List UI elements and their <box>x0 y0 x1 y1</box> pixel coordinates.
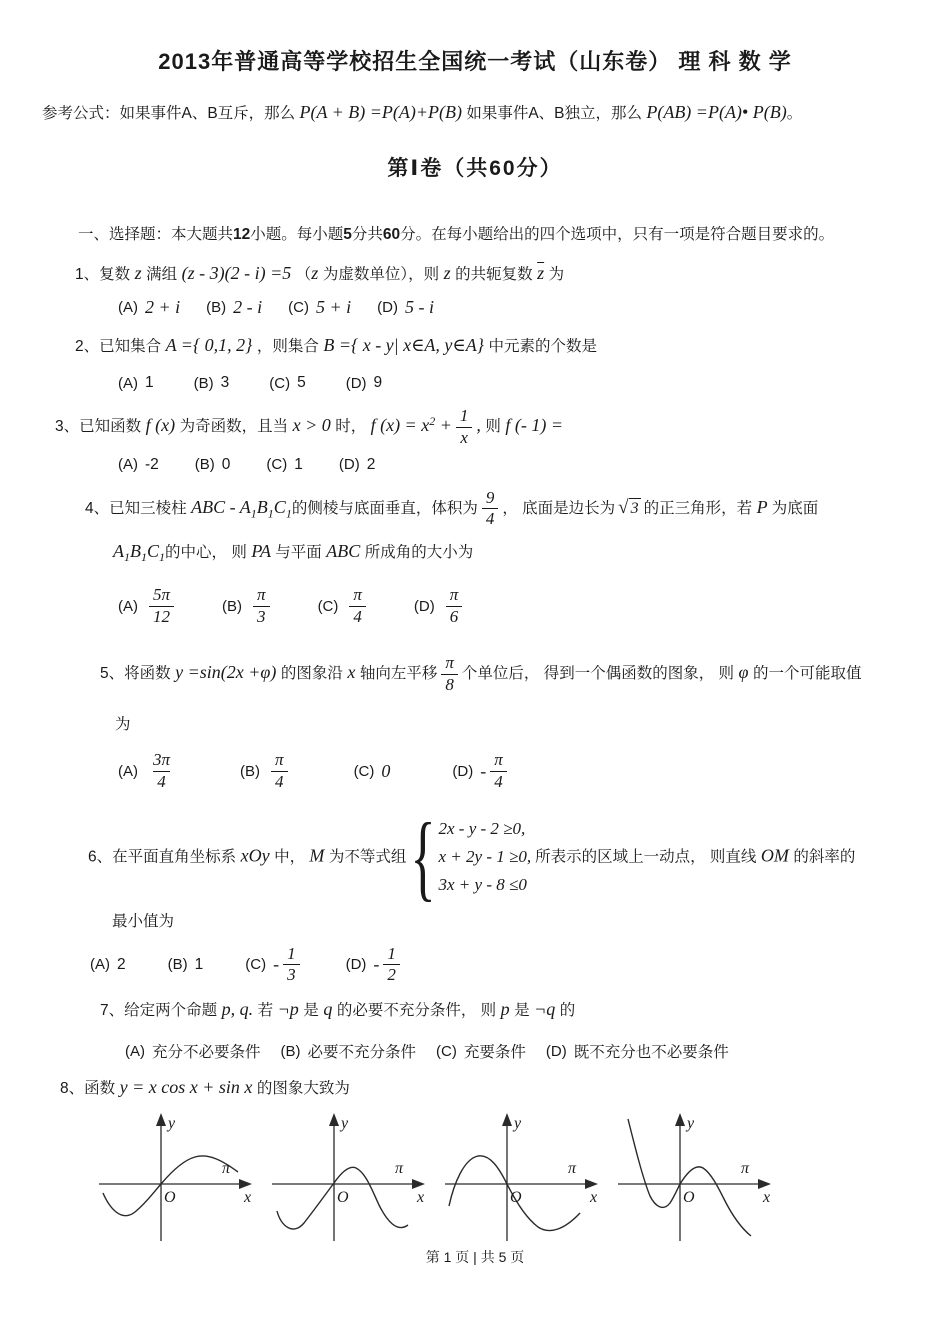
option-label: (D) <box>377 299 398 316</box>
option: (B)2 - i <box>206 297 262 318</box>
cn-text: 分。在每小题给出的四个选项中，只有一项是符合题目要求的。 <box>400 226 834 243</box>
math-text: 5 + i <box>316 297 351 318</box>
exam-page: 2013年普通高等学校招生全国统一考试（山东卷） 理 科 数 学 参考公式：如果… <box>0 0 950 1267</box>
origin-label: O <box>510 1189 522 1206</box>
math-text: M <box>309 845 329 865</box>
cn-text: 为底面 <box>772 500 819 517</box>
option-label: (C) <box>436 1043 457 1060</box>
math-text: 2 - i <box>233 297 262 318</box>
x-axis-arrow-icon <box>239 1179 252 1189</box>
option: (B)1 <box>168 956 204 974</box>
cn-text: -2 <box>145 456 159 474</box>
options-row: (A)2(B)1(C)- 13(D)- 12 <box>90 944 950 986</box>
system-line: 2x - y - 2 ≥0, <box>439 819 532 839</box>
cn-text: 5 <box>297 374 306 392</box>
y-axis-arrow-icon <box>675 1113 685 1126</box>
fraction-denominator: 3 <box>283 964 300 985</box>
option-label: (A) <box>118 763 138 780</box>
section-title: 第Ⅰ卷（共60分） <box>0 154 950 184</box>
cn-text: 中元素的个数是 <box>488 338 597 355</box>
cn-text: 则 <box>485 418 501 435</box>
math-text: ABC <box>322 541 365 561</box>
option: (D)- π4 <box>452 750 510 792</box>
option: (A)3π4 <box>118 750 178 792</box>
cn-text: 的必要不充分条件， 则 <box>337 1002 496 1019</box>
option: (B)π3 <box>222 585 274 627</box>
fraction-numerator: π <box>490 750 507 770</box>
option: (A)5π12 <box>118 585 178 627</box>
cn-text: 3 <box>221 374 230 392</box>
math-text: + <box>435 415 452 435</box>
radicand: 3 <box>629 498 641 520</box>
question-body-2: 为 <box>115 711 950 738</box>
fraction: π4 <box>271 750 288 792</box>
x-axis-arrow-icon <box>412 1179 425 1189</box>
option-label: (D) <box>346 375 367 392</box>
pi-label: π <box>395 1160 404 1177</box>
cn-text: 的共轭复数 <box>455 266 533 283</box>
math-text: ¬q <box>530 999 560 1019</box>
question-body: 2、已知集合 A ={ 0,1, 2} ，则集合 B ={ x - y| x∈A… <box>75 330 950 361</box>
cn-text: 2、已知集合 <box>75 338 161 355</box>
fraction-numerator: π <box>446 585 463 605</box>
origin-label: O <box>683 1189 695 1206</box>
pi-label: π <box>741 1160 750 1177</box>
question-4: 4、已知三棱柱 ABC - A1B1C1的侧棱与底面垂直，体积为94， 底面是边… <box>0 488 950 627</box>
cn-text: 的斜率的 <box>793 848 855 865</box>
option-label: (C) <box>354 763 375 780</box>
fraction-numerator: 5π <box>149 585 174 605</box>
cn-text: 7、给定两个命题 <box>100 1002 217 1019</box>
cn-text: 为 <box>549 266 565 283</box>
cn-text: 的中心， 则 <box>165 544 247 561</box>
math-text: x > 0 <box>288 415 335 435</box>
math-text: 5 - i <box>405 297 434 318</box>
math-text: y = x cos x + sin x <box>115 1077 257 1097</box>
fraction: 3π4 <box>149 750 174 792</box>
fraction: 94 <box>482 488 499 530</box>
fraction-numerator: π <box>271 750 288 770</box>
question-8: 8、函数 y = x cos x + sin x 的图象大致为 <box>0 1072 950 1103</box>
fraction-denominator: 8 <box>441 674 458 695</box>
cn-text: 的侧棱与底面垂直，体积为 <box>292 500 478 517</box>
cn-text: 小题。每小题 <box>250 226 343 243</box>
pi-label: π <box>568 1160 577 1177</box>
math-text: f (- 1) = <box>501 415 563 435</box>
y-axis-label: y <box>685 1115 695 1132</box>
cn-text: 个单位后， 得到一个偶函数的图象， 则 <box>462 665 734 682</box>
x-axis-label: x <box>762 1189 770 1206</box>
cn-text: 的一个可能取值 <box>753 665 862 682</box>
x-axis-arrow-icon <box>585 1179 598 1189</box>
cn-text: 。 <box>787 105 803 122</box>
question-body-2: 最小值为 <box>112 908 950 935</box>
question-body: 4、已知三棱柱 ABC - A1B1C1的侧棱与底面垂直，体积为94， 底面是边… <box>85 488 950 530</box>
math-text: P(A + B) =P(A)+P(B) <box>299 102 462 122</box>
y-axis-label: y <box>166 1115 176 1132</box>
cn-text: 如果事件A、B独立，那么 <box>462 105 646 122</box>
question-1: 1、复数 z 满组 (z - 3)(2 - i) =5 （z 为虚数单位），则 … <box>0 258 950 318</box>
math-text: x <box>343 662 360 682</box>
question-3: 3、已知函数 f (x) 为奇函数，且当 x > 0 时， f (x) = x2… <box>0 406 950 474</box>
cn-text: 时， <box>335 418 370 435</box>
bold-text: 5 <box>343 226 352 243</box>
inequality-system: {2x - y - 2 ≥0,x + 2y - 1 ≥0,3x + y - 8 … <box>410 814 531 900</box>
questions: 1、复数 z 满组 (z - 3)(2 - i) =5 （z 为虚数单位），则 … <box>0 258 950 1103</box>
option: (B)π4 <box>240 750 292 792</box>
option-label: (D) <box>452 763 473 780</box>
math-text: z <box>130 263 146 283</box>
question-body: 8、函数 y = x cos x + sin x 的图象大致为 <box>60 1072 950 1103</box>
cn-text: 参考公式：如果事件A、B互斥，那么 <box>42 105 299 122</box>
option: (A)1 <box>118 374 154 392</box>
question-6: 6、在平面直角坐标系 xOy 中， M 为不等式组{2x - y - 2 ≥0,… <box>0 814 950 986</box>
y-axis-arrow-icon <box>502 1113 512 1126</box>
math-text: 0 <box>381 761 390 782</box>
fraction: π6 <box>446 585 463 627</box>
math-text: A ={ 0,1, 2} <box>161 335 257 355</box>
option: (C)0 <box>354 761 391 782</box>
pi-label: π <box>222 1160 231 1177</box>
cn-text: 充要条件 <box>464 1040 526 1062</box>
math-text: - <box>273 954 279 975</box>
x-axis-label: x <box>589 1189 597 1206</box>
cn-text: 1 <box>145 374 154 392</box>
math-text: (z - 3)(2 - i) =5 <box>177 263 296 283</box>
cn-text: 的 <box>560 1002 576 1019</box>
cn-text: 的图象沿 <box>281 665 343 682</box>
instructions: 一、选择题：本大题共12小题。每小题5分共60分。在每小题给出的四个选项中，只有… <box>78 224 950 246</box>
x-axis-label: x <box>416 1189 424 1206</box>
y-axis-label: y <box>339 1115 349 1132</box>
cn-text: 4、已知三棱柱 <box>85 500 187 517</box>
cn-text: 满组 <box>146 266 177 283</box>
cn-text: 0 <box>222 456 231 474</box>
cn-text: 6、在平面直角坐标系 <box>88 848 236 865</box>
cn-text: 一、选择题：本大题共 <box>78 226 233 243</box>
option: (D)9 <box>346 374 382 392</box>
option-label: (B) <box>194 375 214 392</box>
option-label: (A) <box>118 299 138 316</box>
option-label: (B) <box>240 763 260 780</box>
option-label: (B) <box>281 1043 301 1060</box>
options-row: (A)3π4(B)π4(C)0(D)- π4 <box>118 750 950 792</box>
cn-text: 5、将函数 <box>100 665 171 682</box>
math-text: xOy <box>236 845 274 865</box>
cn-text: ， 底面是边长为 <box>502 500 615 517</box>
cn-text: 1 <box>294 456 303 474</box>
option: (B)3 <box>194 374 230 392</box>
question-body: 1、复数 z 满组 (z - 3)(2 - i) =5 （z 为虚数单位），则 … <box>75 258 950 289</box>
graph-b: yxπO <box>268 1109 428 1247</box>
options-row: (A)1(B)3(C)5(D)9 <box>118 374 950 392</box>
curve <box>628 1119 751 1236</box>
math-text: B <box>130 541 141 561</box>
fraction-denominator: 4 <box>271 771 288 792</box>
math-text: y =sin(2x +φ) <box>171 662 281 682</box>
fraction-numerator: 9 <box>482 488 499 508</box>
question-5: 5、将函数 y =sin(2x +φ) 的图象沿 x 轴向左平移π8个单位后， … <box>0 653 950 792</box>
options-row: (A)-2(B)0(C)1(D)2 <box>118 456 950 474</box>
math-text: z <box>311 263 323 283</box>
cn-text: 中， <box>274 848 309 865</box>
option-label: (C) <box>269 375 290 392</box>
math-text: ABC - A <box>187 497 251 517</box>
option-label: (A) <box>90 956 110 973</box>
fraction: 12 <box>383 944 400 986</box>
fraction-denominator: 4 <box>482 508 499 529</box>
cn-text: 所成角的大小为 <box>365 544 474 561</box>
fraction-numerator: 1 <box>283 944 300 964</box>
option-label: (C) <box>288 299 309 316</box>
fraction-numerator: 1 <box>456 406 473 426</box>
graphs-row: yxπOyxπOyxπOyxπO <box>95 1109 950 1247</box>
option: (C)充要条件 <box>436 1040 526 1062</box>
question-body-2: A1B1C1的中心， 则 PA 与平面 ABC 所成角的大小为 <box>113 536 950 568</box>
question-body: 7、给定两个命题 p, q. 若 ¬p 是 q 的必要不充分条件， 则 p 是 … <box>100 994 950 1025</box>
math-text: P(AB) =P(A)• P(B) <box>646 102 786 122</box>
question-2: 2、已知集合 A ={ 0,1, 2} ，则集合 B ={ x - y| x∈A… <box>0 330 950 393</box>
option-label: (B) <box>206 299 226 316</box>
cn-text: 为奇函数，且当 <box>180 418 289 435</box>
graph-d: yxπO <box>614 1109 774 1247</box>
cn-text: 若 <box>258 1002 274 1019</box>
option: (A)2 + i <box>118 297 180 318</box>
option-label: (A) <box>118 598 138 615</box>
system-line: 3x + y - 8 ≤0 <box>439 875 532 895</box>
cn-text: 为虚数单位），则 <box>323 266 439 283</box>
fraction-denominator: 12 <box>149 606 174 627</box>
cn-text: 的图象大致为 <box>257 1080 350 1097</box>
math-text: C <box>147 541 159 561</box>
math-text: B ={ x - y| x∈A, y∈A} <box>319 335 489 355</box>
graph-c: yxπO <box>441 1109 601 1247</box>
math-text: f (x) = x <box>371 415 430 435</box>
math-text: B <box>257 497 268 517</box>
brace-icon: { <box>411 814 436 900</box>
option-label: (D) <box>346 956 367 973</box>
math-text: A <box>113 541 124 561</box>
cn-text: 1、复数 <box>75 266 130 283</box>
cn-text: 是 <box>514 1002 530 1019</box>
fraction-denominator: 4 <box>153 771 170 792</box>
math-text: C <box>274 497 286 517</box>
math-text: q <box>319 999 337 1019</box>
option: (C)- 13 <box>245 944 303 986</box>
option-label: (C) <box>266 456 287 473</box>
bold-text: 12 <box>233 226 250 243</box>
fraction-numerator: π <box>441 653 458 673</box>
cn-text: 既不充分也不必要条件 <box>574 1040 729 1062</box>
cn-text: 分共 <box>352 226 383 243</box>
fraction: π4 <box>490 750 507 792</box>
options-row: (A)5π12(B)π3(C)π4(D)π6 <box>118 585 950 627</box>
system-line: x + 2y - 1 ≥0, <box>439 847 532 867</box>
math-text: - <box>373 954 379 975</box>
fraction: π4 <box>349 585 366 627</box>
option-label: (B) <box>195 456 215 473</box>
fraction: 13 <box>283 944 300 986</box>
y-axis-arrow-icon <box>329 1113 339 1126</box>
graph-a: yxπO <box>95 1109 255 1247</box>
fraction-denominator: 3 <box>253 606 270 627</box>
cn-text: 必要不充分条件 <box>308 1040 417 1062</box>
option: (C)1 <box>266 456 302 474</box>
page-title: 2013年普通高等学校招生全国统一考试（山东卷） 理 科 数 学 <box>0 46 950 78</box>
option-label: (A) <box>125 1043 145 1060</box>
option: (B)必要不充分条件 <box>281 1040 417 1062</box>
options-row: (A)充分不必要条件(B)必要不充分条件(C)充要条件(D)既不充分也不必要条件 <box>125 1040 950 1062</box>
cn-text: 1 <box>195 956 204 974</box>
cn-text: 充分不必要条件 <box>152 1040 261 1062</box>
math-text: 2 + i <box>145 297 180 318</box>
x-axis-arrow-icon <box>758 1179 771 1189</box>
cn-text: 8、函数 <box>60 1080 115 1097</box>
reference-formula: 参考公式：如果事件A、B互斥，那么 P(A + B) =P(A)+P(B) 如果… <box>42 92 922 134</box>
cn-text: 3、已知函数 <box>55 418 141 435</box>
fraction: π8 <box>441 653 458 695</box>
option-label: (A) <box>118 375 138 392</box>
curve <box>103 1156 238 1216</box>
cn-text: 为不等式组 <box>329 848 407 865</box>
cn-text: 2 <box>367 456 376 474</box>
option-label: (C) <box>318 598 339 615</box>
question-7: 7、给定两个命题 p, q. 若 ¬p 是 q 的必要不充分条件， 则 p 是 … <box>0 994 950 1063</box>
option: (D)- 12 <box>346 944 404 986</box>
option: (A)2 <box>90 956 126 974</box>
option-label: (D) <box>414 598 435 615</box>
fraction-denominator: 2 <box>383 964 400 985</box>
cn-text: 是 <box>303 1002 319 1019</box>
square-root: √3 <box>618 498 640 520</box>
math-text: OM <box>756 845 793 865</box>
question-body: 5、将函数 y =sin(2x +φ) 的图象沿 x 轴向左平移π8个单位后， … <box>100 653 950 695</box>
fraction-numerator: π <box>349 585 366 605</box>
option: (D)5 - i <box>377 297 434 318</box>
option-label: (B) <box>222 598 242 615</box>
cn-text: 9 <box>374 374 383 392</box>
system-lines: 2x - y - 2 ≥0,x + 2y - 1 ≥0,3x + y - 8 ≤… <box>439 819 532 896</box>
cn-text: （ <box>296 266 312 283</box>
math-text: - <box>480 761 486 782</box>
math-text: p <box>496 999 514 1019</box>
cn-text: ，则集合 <box>257 338 319 355</box>
fraction-denominator: 4 <box>349 606 366 627</box>
fraction: π3 <box>253 585 270 627</box>
math-text: z <box>439 263 455 283</box>
fraction-numerator: 3π <box>149 750 174 770</box>
fraction-numerator: 1 <box>383 944 400 964</box>
fraction-denominator: x <box>456 427 472 448</box>
fraction-numerator: π <box>253 585 270 605</box>
option-label: (D) <box>339 456 360 473</box>
math-text: , <box>476 415 485 435</box>
option: (D)2 <box>339 456 375 474</box>
option: (D)既不充分也不必要条件 <box>546 1040 729 1062</box>
cn-text: 所表示的区域上一动点， 则直线 <box>535 848 756 865</box>
fraction: 5π12 <box>149 585 174 627</box>
question-body: 6、在平面直角坐标系 xOy 中， M 为不等式组{2x - y - 2 ≥0,… <box>88 814 950 900</box>
radical-icon: √ <box>618 498 628 520</box>
option: (C)π4 <box>318 585 370 627</box>
option: (C)5 + i <box>288 297 351 318</box>
origin-label: O <box>337 1189 349 1206</box>
option: (B)0 <box>195 456 231 474</box>
options-row: (A)2 + i(B)2 - i(C)5 + i(D)5 - i <box>118 297 950 318</box>
fraction: 1x <box>456 406 473 448</box>
option: (A)充分不必要条件 <box>125 1040 261 1062</box>
option: (D)π6 <box>414 585 466 627</box>
math-text: P <box>752 497 772 517</box>
cn-text: 与平面 <box>275 544 322 561</box>
option-label: (C) <box>245 956 266 973</box>
option-label: (B) <box>168 956 188 973</box>
cn-text: 2 <box>117 956 126 974</box>
math-text: ¬p <box>273 999 303 1019</box>
fraction-denominator: 4 <box>490 771 507 792</box>
option-label: (D) <box>546 1043 567 1060</box>
page-footer: 第 1 页 | 共 5 页 <box>0 1247 950 1267</box>
cn-text: 最小值为 <box>112 913 174 930</box>
option-label: (A) <box>118 456 138 473</box>
math-text: PA <box>247 541 275 561</box>
origin-label: O <box>164 1189 176 1206</box>
fraction-denominator: 6 <box>446 606 463 627</box>
math-text: f (x) <box>141 415 179 435</box>
cn-text: 的正三角形，若 <box>644 500 753 517</box>
option: (C)5 <box>269 374 305 392</box>
x-axis-label: x <box>243 1189 251 1206</box>
bold-text: 60 <box>383 226 400 243</box>
option: (A)-2 <box>118 456 159 474</box>
question-body: 3、已知函数 f (x) 为奇函数，且当 x > 0 时， f (x) = x2… <box>55 406 950 448</box>
math-text: p, q. <box>217 999 258 1019</box>
y-axis-label: y <box>512 1115 522 1132</box>
cn-text: 轴向左平移 <box>360 665 438 682</box>
math-text: φ <box>734 662 753 682</box>
y-axis-arrow-icon <box>156 1113 166 1126</box>
cn-text: 为 <box>115 716 131 733</box>
